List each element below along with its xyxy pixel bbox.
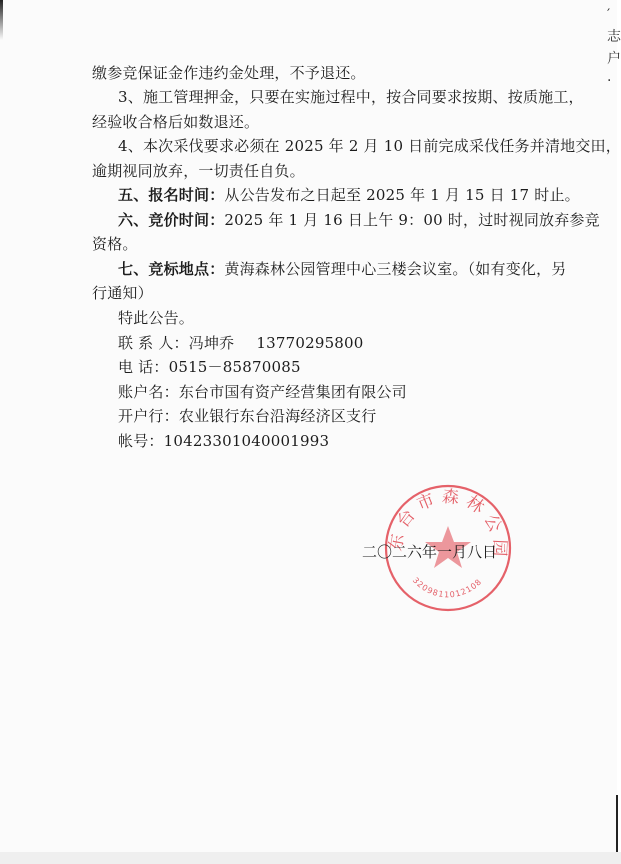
edge-glyph: ′ [607,4,621,26]
account-number: 帐号：10423301040001993 [118,432,329,450]
section-value: 黄海森林公园管理中心三楼会议室。（如有变化，另 [224,260,566,278]
section-label: 七、竞标地点： [118,260,224,278]
edge-glyph: 志 [607,26,621,48]
contact-person: 联 系 人：冯坤乔13770295800 [118,334,364,352]
phone-value: 0515－85870085 [169,358,301,376]
paragraph-line: 3、施工管理押金，只要在实施过程中，按合同要求按期、按质施工， [118,88,584,106]
contact-mobile: 13770295800 [256,334,363,352]
scan-edge-bottom [616,795,618,852]
account-name: 账户名：东台市国有资产经营集团有限公司 [118,383,407,401]
scan-edge-shadow [0,0,3,40]
document-page: ′ 志 户 · 缴参竞保证金作违约金处理，不予退还。 3、施工管理押金，只要在实… [0,0,621,852]
field-label: 帐号： [118,432,164,450]
svg-text:3209811012108: 3209811012108 [411,576,484,600]
section-label: 六、竞价时间： [118,211,224,229]
field-label: 账户名： [118,383,179,401]
registration-time: 五、报名时间：从公告发布之日起至 2025 年 1 月 15 日 17 时止。 [118,186,580,204]
paragraph-line: 4、本次采伐要求必须在 2025 年 2 月 10 日前完成采伐任务并清地交田， [118,137,621,155]
contact-phone: 电 话：0515－85870085 [118,358,301,376]
bidding-time: 六、竞价时间：2025 年 1 月 16 日上午 9：00 时，过时视同放弃参竞 [118,211,600,229]
edge-glyph: 户 [607,48,621,70]
field-label: 联 系 人： [118,334,189,352]
paragraph-line: 经验收合格后如数退还。 [92,113,259,131]
bidding-location: 七、竞标地点：黄海森林公园管理中心三楼会议室。（如有变化，另 [118,260,567,278]
section-value: 2025 年 1 月 16 日上午 9：00 时，过时视同放弃参竞 [224,211,599,229]
section-value: 从公告发布之日起至 2025 年 1 月 15 日 17 时止。 [224,186,579,204]
account-name-value: 东台市国有资产经营集团有限公司 [179,383,407,401]
adjacent-page-edge-text: ′ 志 户 · [607,4,621,92]
document-date: 二〇二六年一月八日 [362,541,497,562]
bank-name: 开户行：农业银行东台沿海经济区支行 [118,407,376,425]
field-label: 电 话： [118,358,169,376]
account-number-value: 10423301040001993 [164,432,330,450]
paragraph-line: 资格。 [92,235,138,253]
section-label: 五、报名时间： [118,186,224,204]
page-right-edge [617,0,621,852]
bank-value: 农业银行东台沿海经济区支行 [179,407,377,425]
contact-name: 冯坤乔 [189,334,235,352]
closing-text: 特此公告。 [118,309,194,327]
paragraph-line: 行通知） [92,284,153,302]
edge-glyph: · [607,70,621,92]
seal-code: 3209811012108 [411,576,484,600]
paragraph-line: 逾期视同放弃，一切责任自负。 [92,162,305,180]
paragraph-line: 缴参竞保证金作违约金处理，不予退还。 [92,64,366,82]
field-label: 开户行： [118,407,179,425]
